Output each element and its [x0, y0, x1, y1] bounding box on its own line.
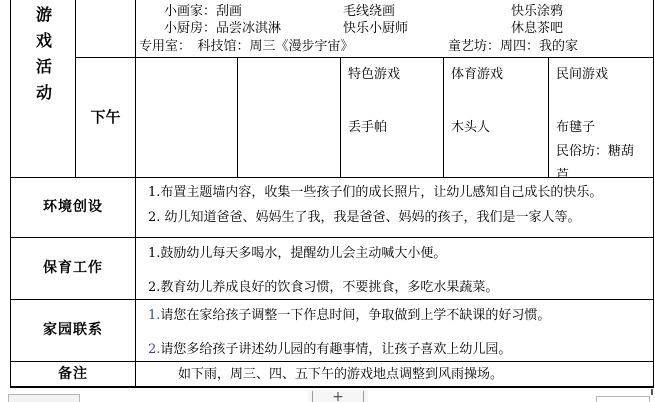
- section-label-text: 备注: [58, 366, 88, 383]
- cell-afternoon-label: 下午: [76, 58, 136, 178]
- cell-folk-games: 民间游戏 布毽子 民俗坊：糖葫芦: [549, 58, 654, 178]
- line-text: 鼓励幼儿每天多喝水，提醒幼儿会主动喊大小便。: [160, 246, 446, 261]
- cell-sports-games: 体育游戏 木头人: [444, 58, 549, 178]
- section-content-remarks: 如下雨，周三、四、五下午的游戏地点调整到风雨操场。: [136, 362, 654, 388]
- game-category: 特色游戏: [348, 66, 443, 83]
- line-text: 布置主题墙内容，收集一些孩子们的成长照片，让幼儿感知自己成长的快乐。: [160, 185, 602, 200]
- section-label-childcare: 保育工作: [11, 238, 136, 300]
- afternoon-label: 下午: [90, 109, 120, 126]
- content-line: 2.请您多给孩子讲述幼儿园的有趣事情，让孩子喜欢上幼儿园。: [148, 341, 653, 359]
- cell-afternoon-empty-2: [238, 58, 341, 178]
- game-category: 体育游戏: [451, 66, 548, 83]
- line-text: 请您多给孩子讲述幼儿园的有趣事情，让孩子喜欢上幼儿园。: [160, 342, 511, 357]
- line-text: 幼儿知道爸爸、妈妈生了我，我是爸爸、妈妈的孩子，我们是一家人等。: [160, 210, 580, 225]
- cell-afternoon-empty-1: [136, 58, 238, 178]
- game-activities-label: 游戏活动: [35, 6, 52, 110]
- game-item: 木头人: [451, 116, 548, 140]
- plus-icon[interactable]: +: [308, 389, 368, 402]
- line-text: 如下雨，周三、四、五下午的游戏地点调整到风雨操场。: [178, 367, 503, 382]
- page-fragment-right: [596, 396, 650, 402]
- section-content-home-contact: 1.请您在家给孩子调整一下作息时间，争取做到上学不缺课的好习惯。 2.请您多给孩…: [136, 300, 654, 362]
- schedule-table: 游戏活动 小画家：刮画 毛线绕画 快乐涂鸦 小厨房：品尝冰淇淋 快乐小厨师 休息…: [10, 0, 654, 388]
- section-label-home-contact: 家园联系: [11, 300, 136, 362]
- cell-studio-activities: 小画家：刮画 毛线绕画 快乐涂鸦 小厨房：品尝冰淇淋 快乐小厨师 休息茶吧 专用…: [136, 0, 654, 58]
- cell-game-activities-header: 游戏活动: [11, 0, 76, 178]
- section-label-text: 家园联系: [43, 322, 103, 339]
- studio-item: 快乐涂鸦: [511, 3, 563, 20]
- content-line: 2. 幼儿知道爸爸、妈妈生了我，我是爸爸、妈妈的孩子，我们是一家人等。: [148, 209, 653, 227]
- line-number: 1.: [148, 246, 160, 261]
- studio-item: 专用室： 科技馆：周三《漫步宇宙》: [139, 38, 354, 55]
- game-item: 丢手帕: [348, 116, 443, 140]
- line-number: 2.: [148, 280, 160, 295]
- studio-item: 小画家：刮画: [164, 3, 242, 20]
- cell-period-top-empty: [76, 0, 136, 58]
- page-fragment-left: [8, 394, 80, 402]
- line-text: 请您在家给孩子调整一下作息时间，争取做到上学不缺课的好习惯。: [160, 308, 550, 323]
- section-label-environment: 环境创设: [11, 178, 136, 238]
- studio-item: 休息茶吧: [511, 20, 563, 37]
- section-content-environment: 1.布置主题墙内容，收集一些孩子们的成长照片，让幼儿感知自己成长的快乐。 2. …: [136, 178, 654, 238]
- line-number: 1.: [148, 185, 160, 200]
- game-category: 民间游戏: [556, 66, 653, 83]
- divider-bar: [363, 391, 364, 402]
- line-number: 2.: [148, 342, 160, 357]
- studio-item: 快乐小厨师: [343, 20, 408, 37]
- section-label-text: 保育工作: [43, 260, 103, 277]
- scroll-tick: [651, 389, 653, 395]
- line-text: 教育幼儿养成良好的饮食习惯，不要挑食，多吃水果蔬菜。: [160, 280, 498, 295]
- studio-item: 童艺坊：周四：我的家: [448, 38, 578, 55]
- line-number: 1.: [148, 308, 160, 323]
- add-button[interactable]: +: [308, 390, 368, 402]
- section-label-text: 环境创设: [43, 199, 103, 216]
- section-content-childcare: 1.鼓励幼儿每天多喝水，提醒幼儿会主动喊大小便。 2.教育幼儿养成良好的饮食习惯…: [136, 238, 654, 300]
- document-page: 游戏活动 小画家：刮画 毛线绕画 快乐涂鸦 小厨房：品尝冰淇淋 快乐小厨师 休息…: [0, 0, 655, 402]
- line-number: 2.: [148, 210, 160, 225]
- content-line: 1.鼓励幼儿每天多喝水，提醒幼儿会主动喊大小便。: [148, 245, 653, 263]
- cell-special-games: 特色游戏 丢手帕: [341, 58, 444, 178]
- content-line: 如下雨，周三、四、五下午的游戏地点调整到风雨操场。: [148, 366, 653, 384]
- game-item: 布毽子: [556, 120, 595, 135]
- section-label-remarks: 备注: [11, 362, 136, 388]
- studio-item: 小厨房：品尝冰淇淋: [164, 20, 281, 37]
- content-line: 2.教育幼儿养成良好的饮食习惯，不要挑食，多吃水果蔬菜。: [148, 279, 653, 297]
- content-line: 1.布置主题墙内容，收集一些孩子们的成长照片，让幼儿感知自己成长的快乐。: [148, 184, 653, 202]
- studio-item: 毛线绕画: [343, 3, 395, 20]
- content-line: 1.请您在家给孩子调整一下作息时间，争取做到上学不缺课的好习惯。: [148, 307, 653, 325]
